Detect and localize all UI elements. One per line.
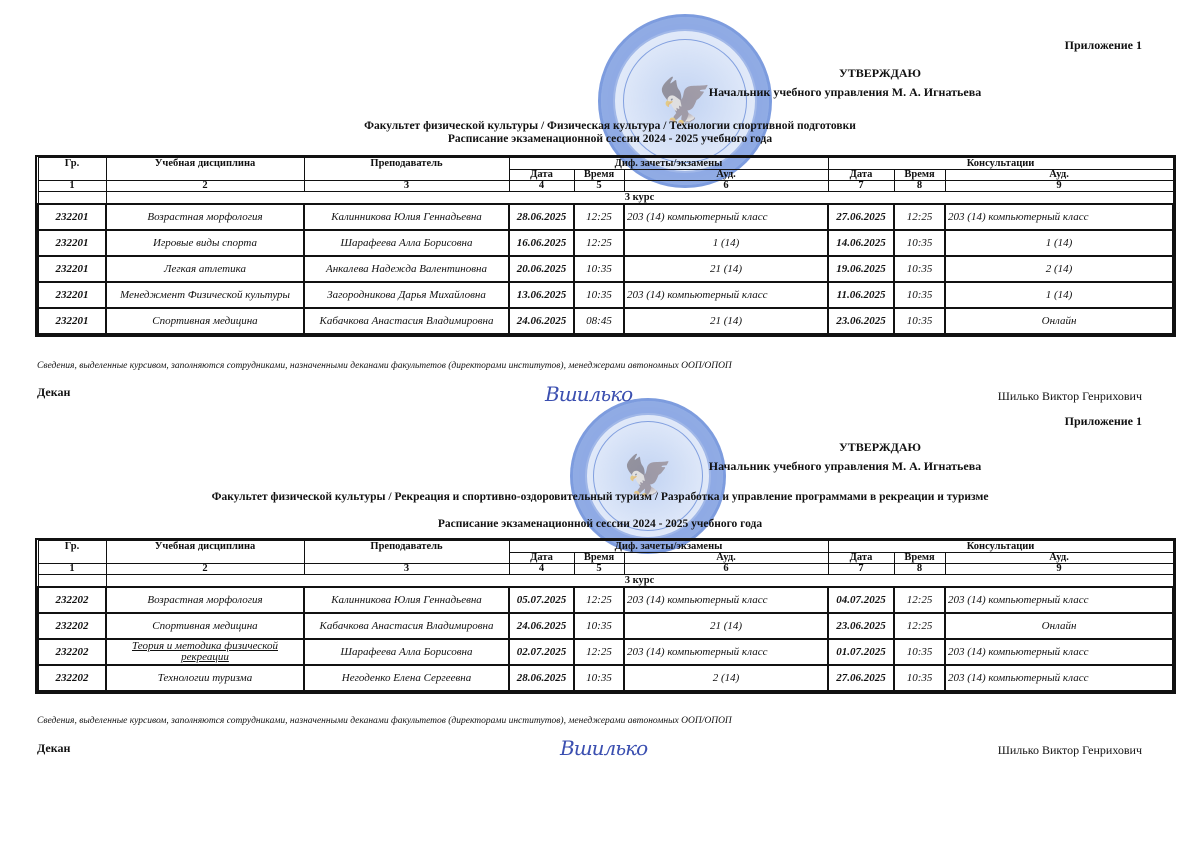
cell-cons-date: 14.06.2025 [828,230,894,256]
cell-cons-date: 27.06.2025 [828,204,894,230]
cell-cons-time: 10:35 [894,639,945,665]
cell-group: 232201 [38,230,106,256]
cell-group: 232202 [38,587,106,613]
col-number: 6 [624,181,828,192]
cell-exam-time: 10:35 [574,665,624,691]
exam-schedule-table-1: Гр. Учебная дисциплина Преподаватель Диф… [37,157,1174,335]
schedule-title: Расписание экзаменационной сессии 2024 -… [230,133,990,146]
table-row: 232201 Легкая атлетика Анкалева Надежда … [38,256,1173,282]
cell-exam-room: 203 (14) компьютерный класс [624,204,828,230]
cell-cons-time: 10:35 [894,665,945,691]
col-header-teacher: Преподаватель [304,541,509,564]
cell-exam-date: 20.06.2025 [509,256,574,282]
col-header-exams: Диф. зачеты/экзамены [509,541,828,553]
table-row: 232202 Спортивная медицина Кабачкова Ана… [38,613,1173,639]
col-header-exam-room: Ауд. [624,553,828,564]
cell-cons-room: Онлайн [945,613,1173,639]
cell-exam-room: 21 (14) [624,308,828,334]
col-number: 7 [828,564,894,575]
approve-heading: УТВЕРЖДАЮ [760,440,1000,455]
cell-group: 232201 [38,204,106,230]
cell-cons-room: 203 (14) компьютерный класс [945,665,1173,691]
cell-exam-room: 203 (14) компьютерный класс [624,639,828,665]
cell-discipline: Технологии туризма [106,665,304,691]
cell-cons-date: 04.07.2025 [828,587,894,613]
faculty-title: Факультет физической культуры / Рекреаци… [140,491,1060,531]
cell-cons-date: 23.06.2025 [828,613,894,639]
col-header-group: Гр. [38,158,106,181]
cell-exam-date: 16.06.2025 [509,230,574,256]
cell-group: 232201 [38,308,106,334]
col-number: 3 [304,564,509,575]
cell-exam-room: 203 (14) компьютерный класс [624,587,828,613]
col-header-discipline: Учебная дисциплина [106,158,304,181]
col-header-cons-date: Дата [828,170,894,181]
cell-discipline: Возрастная морфология [106,587,304,613]
cell-cons-room: 1 (14) [945,230,1173,256]
col-header-discipline: Учебная дисциплина [106,541,304,564]
col-number: 8 [894,181,945,192]
col-number: 4 [509,564,574,575]
cell-discipline: Спортивная медицина [106,308,304,334]
cell-exam-time: 12:25 [574,639,624,665]
cell-exam-date: 24.06.2025 [509,308,574,334]
dean-name: Шилько Виктор Генрихович [998,389,1142,404]
cell-teacher: Кабачкова Анастасия Владимировна [304,613,509,639]
col-number: 2 [106,181,304,192]
col-number: 7 [828,181,894,192]
cell-discipline: Игровые виды спорта [106,230,304,256]
col-header-exam-date: Дата [509,170,574,181]
exam-schedule-table-2: Гр. Учебная дисциплина Преподаватель Диф… [37,540,1174,692]
cell-cons-time: 10:35 [894,230,945,256]
cell-teacher: Кабачкова Анастасия Владимировна [304,308,509,334]
cell-cons-time: 12:25 [894,613,945,639]
approver-name: Начальник учебного управления М. А. Игна… [690,85,1000,100]
faculty-title: Факультет физической культуры / Физическ… [230,120,990,146]
cell-cons-room: 1 (14) [945,282,1173,308]
cell-cons-room: 203 (14) компьютерный класс [945,204,1173,230]
col-header-teacher: Преподаватель [304,158,509,181]
cell-discipline: Спортивная медицина [106,613,304,639]
col-header-consultations: Консультации [828,158,1173,170]
col-number: 6 [624,564,828,575]
col-number: 1 [38,564,106,575]
col-header-exam-time: Время [574,553,624,564]
cell-cons-time: 12:25 [894,204,945,230]
col-header-exams: Диф. зачеты/экзамены [509,158,828,170]
cell-discipline: Теория и методика физической рекреации [106,639,304,665]
cell-exam-time: 12:25 [574,587,624,613]
cell-cons-date: 23.06.2025 [828,308,894,334]
cell-teacher: Шарафеева Алла Борисовна [304,639,509,665]
table-row: 232201 Возрастная морфология Калинникова… [38,204,1173,230]
cell-teacher: Негоденко Елена Сергеевна [304,665,509,691]
footnote: Сведения, выделенные курсивом, заполняют… [37,361,732,371]
cell-discipline: Легкая атлетика [106,256,304,282]
cell-exam-time: 12:25 [574,204,624,230]
cell-exam-time: 10:35 [574,256,624,282]
cell-exam-date: 13.06.2025 [509,282,574,308]
dean-name: Шилько Виктор Генрихович [998,743,1142,758]
cell-cons-room: 203 (14) компьютерный класс [945,639,1173,665]
table-row: 232202 Возрастная морфология Калинникова… [38,587,1173,613]
cell-cons-time: 10:35 [894,256,945,282]
cell-group: 232202 [38,639,106,665]
col-header-cons-date: Дата [828,553,894,564]
col-header-cons-room: Ауд. [945,170,1173,181]
cell-cons-date: 01.07.2025 [828,639,894,665]
cell-cons-room: 203 (14) компьютерный класс [945,587,1173,613]
dean-label: Декан [37,741,70,756]
cell-cons-date: 11.06.2025 [828,282,894,308]
table-row: 232201 Игровые виды спорта Шарафеева Алл… [38,230,1173,256]
cell-teacher: Анкалева Надежда Валентиновна [304,256,509,282]
appendix-label: Приложение 1 [1065,38,1142,53]
faculty-path: Факультет физической культуры / Физическ… [230,120,990,133]
col-header-exam-date: Дата [509,553,574,564]
cell-exam-room: 2 (14) [624,665,828,691]
appendix-label: Приложение 1 [1065,414,1142,429]
course-spacer [38,575,106,588]
col-number: 3 [304,181,509,192]
approve-block: УТВЕРЖДАЮ Начальник учебного управления … [700,440,1000,474]
col-header-consultations: Консультации [828,541,1173,553]
cell-exam-date: 24.06.2025 [509,613,574,639]
table-row: 232202 Технологии туризма Негоденко Елен… [38,665,1173,691]
cell-teacher: Загородникова Дарья Михайловна [304,282,509,308]
table-row: 232201 Спортивная медицина Кабачкова Ана… [38,308,1173,334]
cell-teacher: Калинникова Юлия Геннадьевна [304,204,509,230]
faculty-path: Факультет физической культуры / Рекреаци… [140,491,1060,504]
cell-exam-date: 28.06.2025 [509,665,574,691]
cell-exam-time: 08:45 [574,308,624,334]
cell-cons-date: 27.06.2025 [828,665,894,691]
col-header-exam-room: Ауд. [624,170,828,181]
cell-group: 232201 [38,282,106,308]
col-number: 4 [509,181,574,192]
col-number: 1 [38,181,106,192]
cell-exam-room: 1 (14) [624,230,828,256]
cell-cons-room: Онлайн [945,308,1173,334]
table-row: 232201 Менеджмент Физической культуры За… [38,282,1173,308]
cell-exam-time: 10:35 [574,282,624,308]
approve-block: УТВЕРЖДАЮ Начальник учебного управления … [700,66,1000,100]
cell-exam-date: 02.07.2025 [509,639,574,665]
dean-signature: Вшилько [560,736,647,760]
cell-teacher: Шарафеева Алла Борисовна [304,230,509,256]
col-number: 5 [574,564,624,575]
col-header-cons-room: Ауд. [945,553,1173,564]
cell-cons-time: 12:25 [894,587,945,613]
cell-exam-date: 28.06.2025 [509,204,574,230]
col-header-cons-time: Время [894,170,945,181]
approve-heading: УТВЕРЖДАЮ [760,66,1000,81]
course-label: 3 курс [106,192,1173,205]
cell-discipline: Менеджмент Физической культуры [106,282,304,308]
col-number: 8 [894,564,945,575]
cell-discipline: Возрастная морфология [106,204,304,230]
course-spacer [38,192,106,205]
cell-exam-room: 203 (14) компьютерный класс [624,282,828,308]
cell-group: 232202 [38,665,106,691]
col-number: 2 [106,564,304,575]
cell-group: 232202 [38,613,106,639]
col-number: 9 [945,181,1173,192]
col-header-group: Гр. [38,541,106,564]
cell-group: 232201 [38,256,106,282]
table-row: 232202 Теория и методика физической рекр… [38,639,1173,665]
cell-exam-room: 21 (14) [624,613,828,639]
cell-cons-time: 10:35 [894,282,945,308]
cell-exam-time: 10:35 [574,613,624,639]
col-header-exam-time: Время [574,170,624,181]
col-number: 5 [574,181,624,192]
cell-exam-time: 12:25 [574,230,624,256]
approver-name: Начальник учебного управления М. А. Игна… [690,459,1000,474]
col-number: 9 [945,564,1173,575]
cell-cons-room: 2 (14) [945,256,1173,282]
footnote: Сведения, выделенные курсивом, заполняют… [37,716,732,726]
schedule-title: Расписание экзаменационной сессии 2024 -… [140,518,1060,531]
cell-exam-date: 05.07.2025 [509,587,574,613]
course-label: 3 курс [106,575,1173,588]
col-header-cons-time: Время [894,553,945,564]
cell-cons-time: 10:35 [894,308,945,334]
cell-cons-date: 19.06.2025 [828,256,894,282]
cell-exam-room: 21 (14) [624,256,828,282]
dean-label: Декан [37,385,70,400]
cell-teacher: Калинникова Юлия Геннадьевна [304,587,509,613]
